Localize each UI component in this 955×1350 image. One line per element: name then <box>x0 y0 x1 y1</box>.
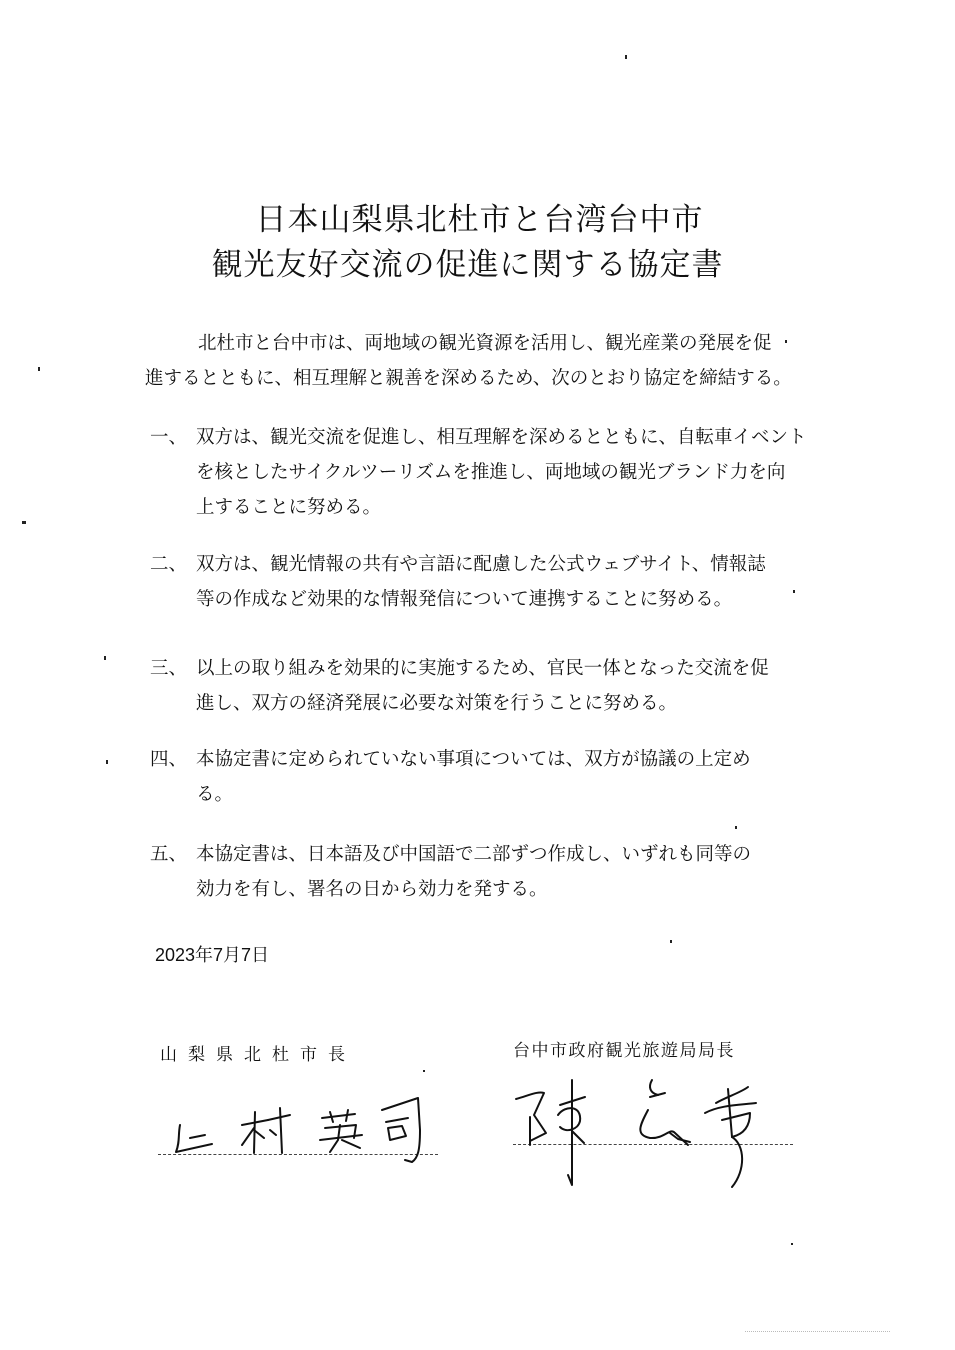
scan-speck <box>22 521 26 524</box>
scan-speck <box>106 760 108 764</box>
scan-speck <box>625 55 627 59</box>
scan-speck <box>104 656 106 660</box>
scan-speck <box>735 826 737 829</box>
article-text-line: 本協定書に定められていない事項については、双方が協議の上定め <box>196 743 751 777</box>
article-text-line: 双方は、観光情報の共有や言語に配慮した公式ウェブサイト、情報誌 <box>196 548 766 582</box>
scan-speck <box>38 367 40 371</box>
handwritten-signature-right <box>500 1075 800 1195</box>
article-number: 三、 <box>150 652 187 686</box>
article-number: 四、 <box>150 743 187 777</box>
preamble-line-2: 進するとともに、相互理解と親善を深めるため、次のとおり協定を締結する。 <box>145 362 792 396</box>
signatory-title-taichung-director: 台中市政府観光旅遊局局長 <box>513 1038 735 1064</box>
preamble-line-1: 北杜市と台中市は、両地域の観光資源を活用し、観光産業の発展を促 <box>198 327 772 361</box>
article-text-line: 上することに努める。 <box>196 491 381 525</box>
signatory-title-hokuto-mayor: 山梨県北杜市長 <box>160 1042 356 1068</box>
article-text-line: 効力を有し、署名の日から効力を発する。 <box>196 873 548 907</box>
article-text-line: る。 <box>196 778 233 812</box>
document-title-line-2: 観光友好交流の促進に関する協定書 <box>0 250 945 281</box>
agreement-page: 日本山梨県北杜市と台湾台中市 観光友好交流の促進に関する協定書 北杜市と台中市は… <box>0 0 955 1350</box>
signing-date: 2023年7月7日 <box>155 940 269 970</box>
article-text-line: を核としたサイクルツーリズムを推進し、両地域の観光ブランド力を向 <box>196 456 785 490</box>
article-number: 五、 <box>150 838 187 872</box>
scan-speck <box>793 590 795 593</box>
scan-artifact-line <box>745 1331 890 1332</box>
article-text-line: 本協定書は、日本語及び中国語で二部ずつ作成し、いずれも同等の <box>196 838 751 872</box>
article-number: 一、 <box>150 421 187 455</box>
article-text-line: 双方は、観光交流を促進し、相互理解を深めるとともに、自転車イベント <box>196 421 807 455</box>
scan-speck <box>791 1243 793 1245</box>
article-text-line: 等の作成など効果的な情報発信について連携することに努める。 <box>196 583 732 617</box>
handwritten-signature-left <box>150 1080 450 1190</box>
scan-speck <box>423 1070 425 1072</box>
article-text-line: 以上の取り組みを効果的に実施するため、官民一体となった交流を促 <box>196 652 769 686</box>
scan-speck <box>785 340 787 343</box>
scan-speck <box>670 940 672 943</box>
article-text-line: 進し、双方の経済発展に必要な対策を行うことに努める。 <box>196 687 677 721</box>
article-number: 二、 <box>150 548 187 582</box>
document-title-line-1: 日本山梨県北杜市と台湾台中市 <box>2 205 955 236</box>
